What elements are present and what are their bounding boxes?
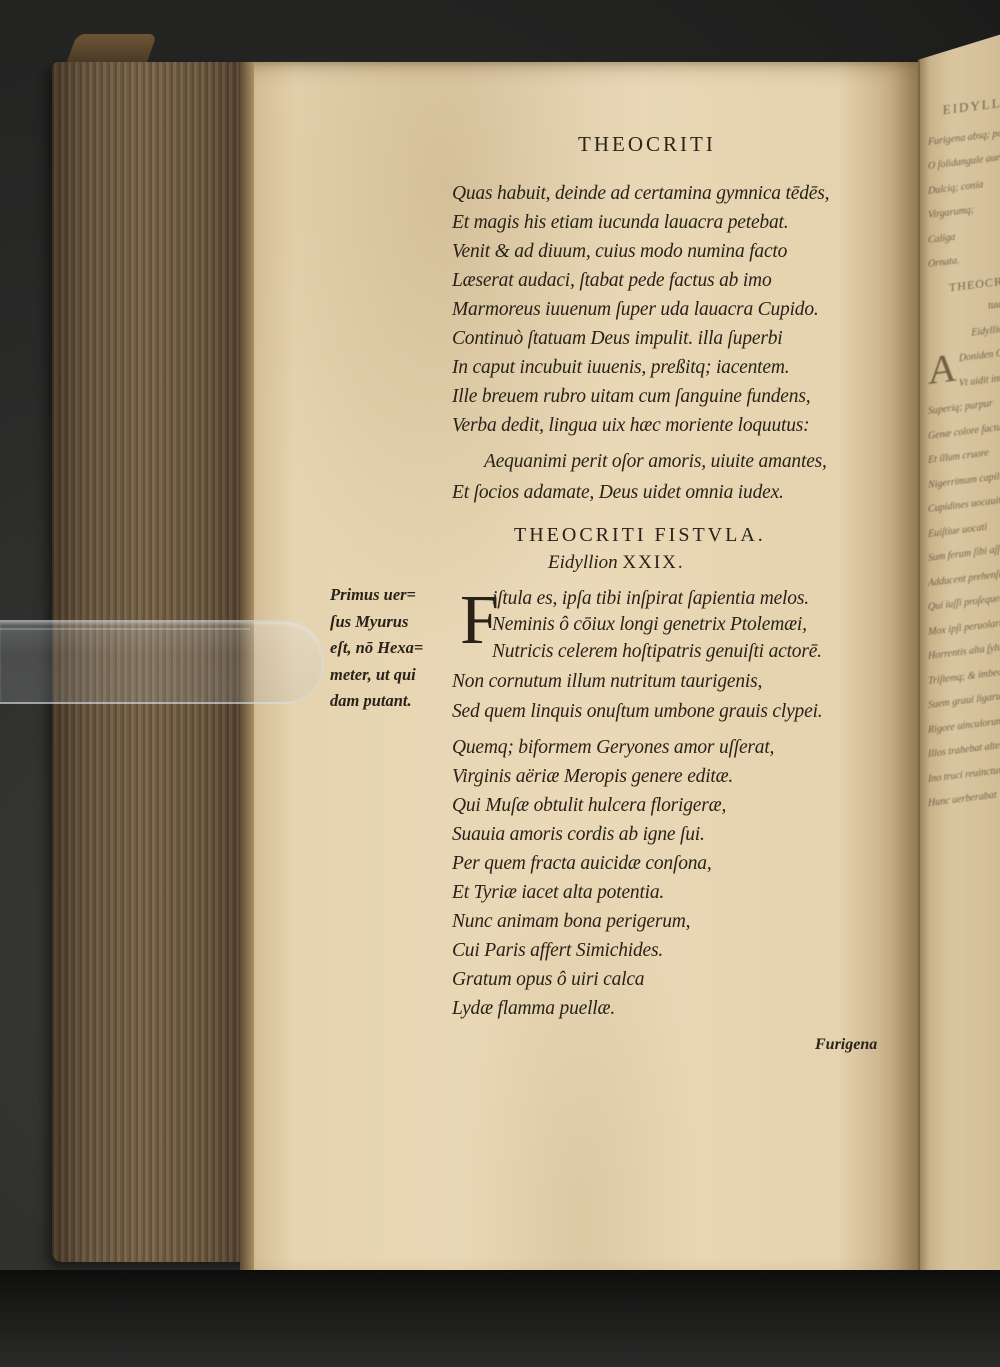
marginal-line: ſus Myurus xyxy=(330,609,458,636)
verse-line: Gratum opus ô uiri calca xyxy=(452,969,892,991)
marginal-line: Primus uer= xyxy=(330,582,458,609)
marginal-line: eſt, nō Hexa= xyxy=(330,635,458,662)
marginal-line: dam putant. xyxy=(330,688,458,715)
verse-line: Lydæ flamma puellæ. xyxy=(452,998,892,1020)
verse-line: Per quem fracta auicidæ conſona, xyxy=(452,853,892,875)
verse-line: Ille breuem rubro uitam cum ſanguine fun… xyxy=(452,386,892,408)
verse-line: Et Tyriæ iacet alta potentia. xyxy=(452,882,892,904)
verse-line: Cui Paris affert Simichides. xyxy=(452,940,892,962)
verse-line: Venit & ad diuum, cuius modo numina fact… xyxy=(452,241,892,263)
verse-line: Qui Muſæ obtulit hulcera florigeræ, xyxy=(452,795,892,817)
right-page-text: EIDYLLI Furigena absq; patre O ſolidangu… xyxy=(928,90,1000,816)
verse-line: Marmoreus iuuenum ſuper uda lauacra Cupi… xyxy=(452,299,892,321)
section-title: THEOCRITI FISTVLA. xyxy=(514,524,766,547)
verse-line: In caput incubuit iuuenis, preßitq; iace… xyxy=(452,357,892,379)
running-head: THEOCRITI xyxy=(578,132,716,157)
verse-line: Nutricis celerem hoſtipatris genuiſti ac… xyxy=(492,641,932,663)
clear-page-clip xyxy=(0,620,324,704)
marginal-note: Primus uer= ſus Myurus eſt, nō Hexa= met… xyxy=(330,582,458,715)
verse-line: Suauia amoris cordis ab igne ſui. xyxy=(452,824,892,846)
table-shadow xyxy=(0,1270,1000,1367)
verse-line: Quemq; biformem Geryones amor uſſerat, xyxy=(452,737,892,759)
verse-line: Neminis ô cōiux longi genetrix Ptolemæi, xyxy=(492,614,932,636)
verse-line: Virginis aëriæ Meropis genere editæ. xyxy=(452,766,892,788)
marginal-line: meter, ut qui xyxy=(330,662,458,689)
verse-line: iſtula es, ipſa tibi inſpirat ſapientia … xyxy=(492,588,932,610)
verse-line: Nunc animam bona perigerum, xyxy=(452,911,892,933)
verse-line-indented: Aequanimi perit oſor amoris, uiuite aman… xyxy=(484,451,924,473)
verse-line: Et magis his etiam iucunda lauacra peteb… xyxy=(452,212,892,234)
section-subtitle: Eidyllion XXIX. xyxy=(548,552,685,574)
verse-line: Non cornutum illum nutritum taurigenis, xyxy=(452,671,892,693)
subtitle-numeral: XXIX. xyxy=(622,552,684,573)
verse-line: Sed quem linquis onuſtum umbone grauis c… xyxy=(452,701,892,723)
right-drop-cap: A xyxy=(928,347,957,391)
verse-line: Et ſocios adamate, Deus uidet omnia iude… xyxy=(452,482,892,504)
book-photo-scene: THEOCRITI Quas habuit, deinde ad certami… xyxy=(0,0,1000,1367)
verse-line: Læserat audaci, ſtabat pede factus ab im… xyxy=(452,270,892,292)
catchword: Furigena xyxy=(815,1036,877,1054)
subtitle-word: Eidyllion xyxy=(548,552,618,573)
verse-line: Verba dedit, lingua uix hæc moriente loq… xyxy=(452,415,892,437)
verse-line: Continuò ſtatuam Deus impulit. illa ſupe… xyxy=(452,328,892,350)
verse-line: Quas habuit, deinde ad certamina gymnica… xyxy=(452,183,892,205)
